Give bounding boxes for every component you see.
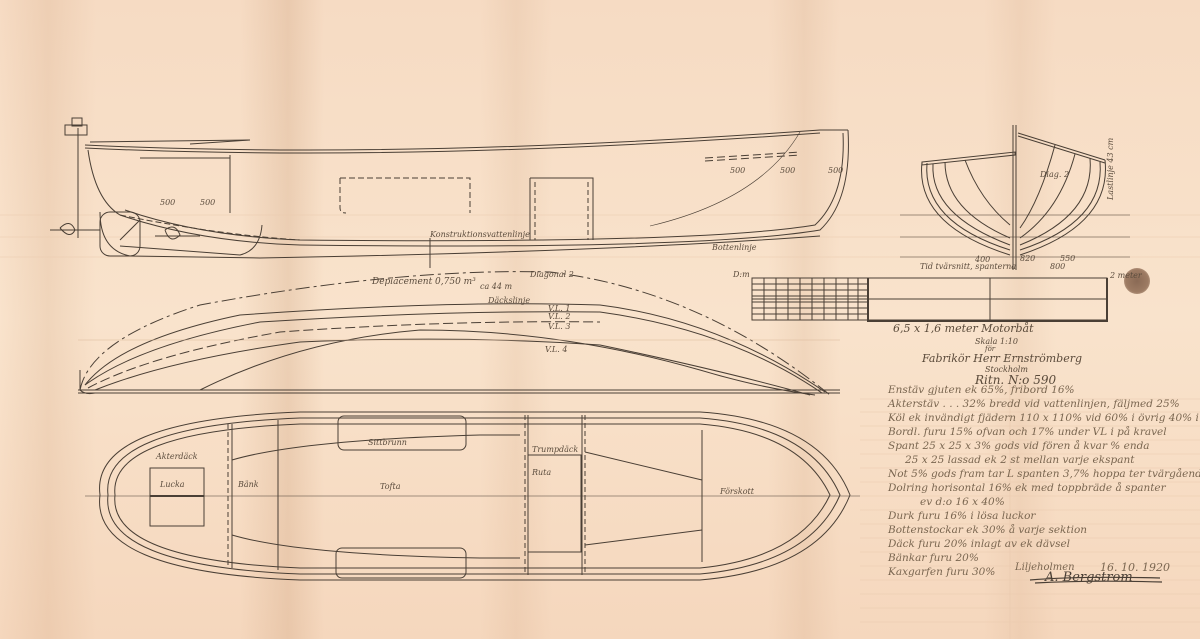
plan-label-ruta: Ruta <box>532 468 551 477</box>
scale-end: 2 meter <box>1110 271 1142 280</box>
plan-label-foredeck: Förskott <box>720 487 754 496</box>
waterlines-view <box>78 272 840 395</box>
body-section-label: Tid tvärsnitt, spanterna <box>920 262 1016 271</box>
scale-prefix: D:m <box>733 270 750 279</box>
profile-label-waterline: Konstruktionsvattenlinje <box>430 230 530 239</box>
spec-line: Enstäv gjuten ek 65%, fribord 16% <box>888 384 1075 396</box>
spec-line: Akterstäv . . . 32% bredd vid vattenlinj… <box>888 398 1180 410</box>
plan-label-cockpit: Sittbrunn <box>368 438 407 447</box>
body-plan <box>900 125 1130 270</box>
wl4-label: V.L. 4 <box>545 345 567 354</box>
spec-line: Köl ek invändigt fjädern 110 x 110% vid … <box>888 412 1200 424</box>
scale-bar <box>752 278 1107 322</box>
plan-label-trunkdeck: Trumpdäck <box>532 445 578 454</box>
dim-label: ca 44 m <box>480 282 512 291</box>
plan-view <box>85 412 860 580</box>
displacement-label: Deplacement 0,750 m³ <box>372 277 476 287</box>
spec-line: Bottenstockar ek 30% å varje sektion <box>888 524 1087 536</box>
deckline-label: Däckslinje <box>488 296 530 305</box>
body-dim: 400 <box>975 255 990 264</box>
profile-dim: 500 <box>160 198 175 207</box>
spec-line: Bänkar furu 20% <box>888 552 979 564</box>
plan-label-afterdeck: Akterdäck <box>156 452 198 461</box>
wl2-label: V.L. 2 <box>548 312 570 321</box>
spec-line: ev d:o 16 x 40% <box>920 496 1005 508</box>
spec-line: 25 x 25 lassad ek 2 st mellan varje eksp… <box>905 454 1134 466</box>
spec-line: Däck furu 20% inlagt av ek dävsel <box>888 538 1070 550</box>
owner: Fabrikör Herr Ernströmberg <box>922 352 1082 365</box>
spec-line: Dolring horisontal 16% ek med toppbräde … <box>888 482 1166 494</box>
spec-line: Durk furu 16% i lösa luckor <box>888 510 1035 522</box>
body-vert-label: Lastlinje 43 cm <box>1106 138 1115 200</box>
profile-dim: 500 <box>200 198 215 207</box>
profile-dim: 500 <box>828 166 843 175</box>
plan-label-thwart: Tofta <box>380 482 400 491</box>
scale-text: Skala 1:10 <box>975 337 1018 346</box>
plan-label-hatch: Lucka <box>160 480 185 489</box>
spec-line: Bordl. furu 15% ofvan och 17% under VL i… <box>888 426 1167 438</box>
diagonal-label: Diagonal 2 <box>530 270 574 279</box>
body-dim: 800 <box>1050 262 1065 271</box>
profile-dim: 500 <box>780 166 795 175</box>
spec-line: Not 5% gods fram tar L spanten 3,7% hopp… <box>888 468 1200 480</box>
body-diag-label: Diag. 2 <box>1040 170 1069 179</box>
spec-line: Spant 25 x 25 x 3% gods vid fören å kvar… <box>888 440 1150 452</box>
wl3-label: V.L. 3 <box>548 322 570 331</box>
spec-line: Kaxgarfen furu 30% <box>888 566 995 578</box>
boat-type: 6,5 x 1,6 meter Motorbåt <box>893 322 1034 335</box>
signature-name: A. Bergstrom <box>1045 570 1133 585</box>
profile-label-bottom: Bottenlinje <box>712 243 757 252</box>
profile-dim: 500 <box>730 166 745 175</box>
plan-label-bench: Bänk <box>238 480 259 489</box>
body-dim: 820 <box>1020 254 1035 263</box>
